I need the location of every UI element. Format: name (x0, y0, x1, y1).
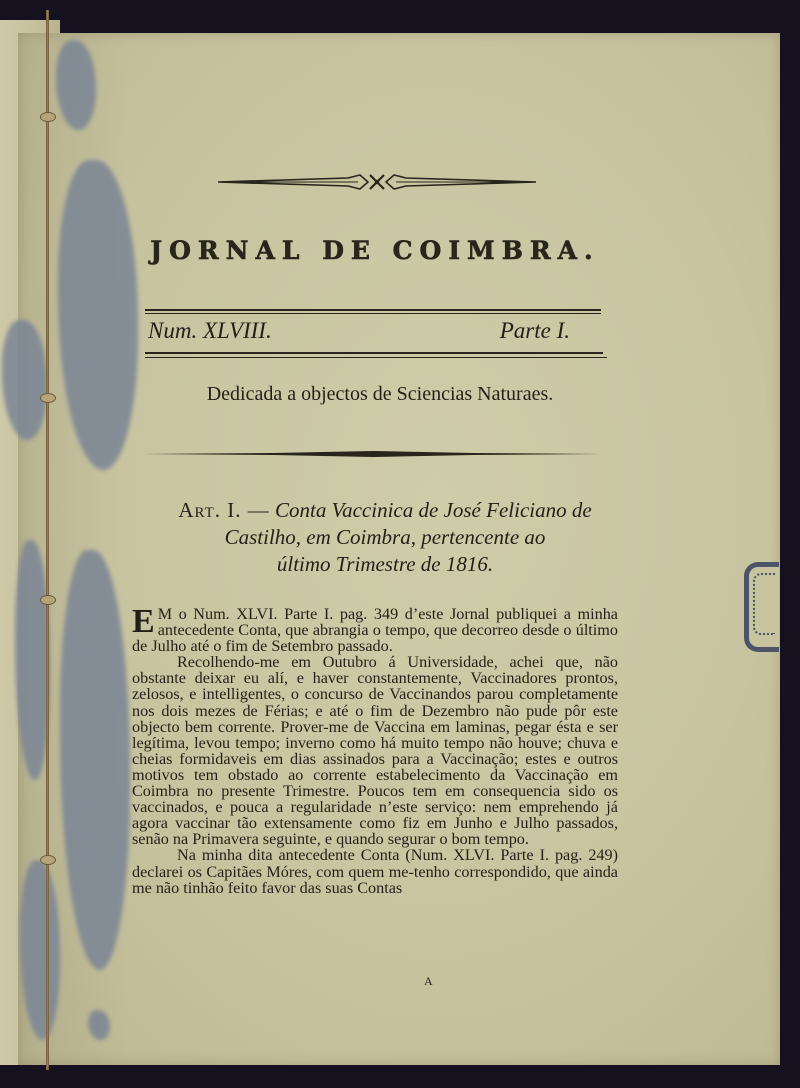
paragraph-2: Recolhendo-me em Outubro á Universidade,… (132, 654, 618, 847)
issue-number: Num. XLVIII. (148, 318, 272, 344)
paragraph-1-text: M o Num. XLVI. Parte I. pag. 349 d’este … (132, 605, 618, 655)
signature-mark: A (424, 974, 433, 989)
paragraph-1: EM o Num. XLVI. Parte I. pag. 349 d’este… (132, 606, 618, 654)
rule-bottom (145, 352, 603, 354)
issue-part: Parte I. (500, 318, 570, 344)
article-title-line3: último Trimestre de 1816. (150, 551, 620, 578)
paragraph-3: Na minha dita antecedente Conta (Num. XL… (132, 847, 618, 895)
journal-subtitle: Dedicada a objectos de Sciencias Naturae… (140, 383, 620, 406)
article-title-line1: Conta Vaccinica de José Feliciano de (275, 498, 592, 522)
rule-bottom-thin (145, 357, 607, 358)
article-body: EM o Num. XLVI. Parte I. pag. 349 d’este… (132, 606, 618, 896)
binding-knot (40, 595, 56, 605)
issue-line: Num. XLVIII. Parte I. (148, 318, 570, 344)
decorative-ornament-icon (218, 172, 536, 194)
page-tab-marker (744, 562, 779, 652)
article-title-line2: Castilho, em Coimbra, pertencente ao (150, 524, 620, 551)
article-heading: Art. I. — Conta Vaccinica de José Felici… (150, 497, 620, 578)
binding-knot (40, 393, 56, 403)
binding-thread (46, 10, 49, 1070)
drop-cap: E (132, 608, 155, 636)
binding-knot (40, 112, 56, 122)
rule-top (145, 309, 601, 311)
rule-top-thin (145, 313, 601, 314)
tapered-rule (143, 450, 603, 458)
article-label: Art. I. — (178, 498, 269, 522)
binding-knot (40, 855, 56, 865)
water-stain (88, 1010, 110, 1040)
journal-title: JORNAL DE COIMBRA. (130, 236, 620, 265)
